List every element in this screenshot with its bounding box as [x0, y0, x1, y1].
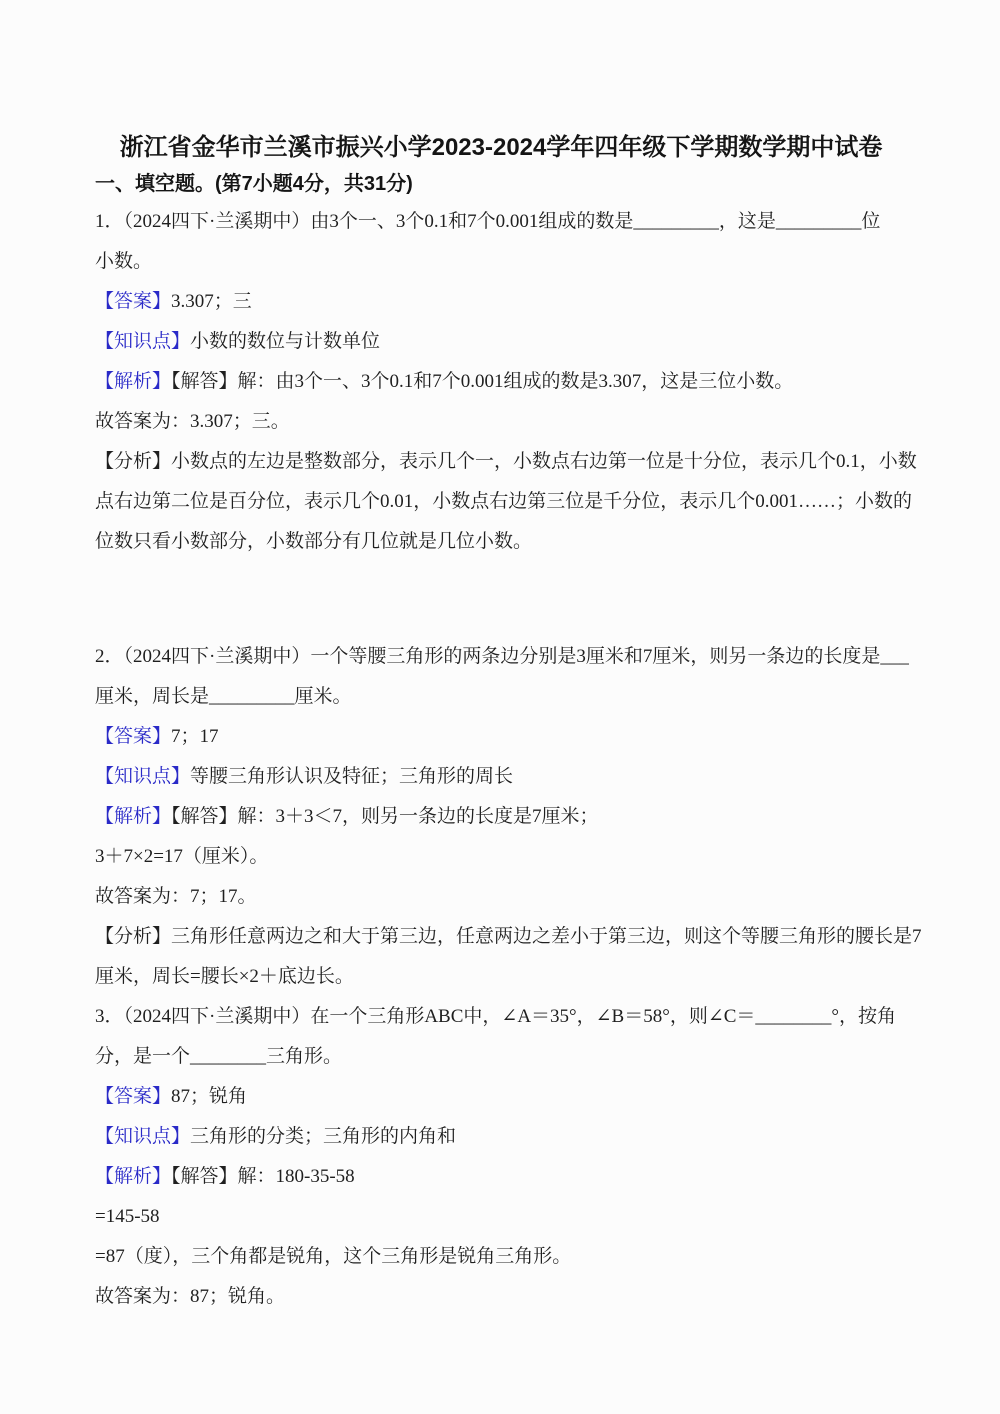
text-segment: 【解答】解：由3个一、3个0.1和7个0.001组成的数是3.307，这是三位小… [171, 371, 793, 392]
q2-analysis-line: 【解析】【解答】解：3＋3＜7，则另一条边的长度是7厘米； [95, 797, 907, 837]
q3-answer-line: 【答案】87；锐角 [95, 1077, 907, 1117]
text-segment: 三角形的分类；三角形的内角和 [190, 1126, 456, 1147]
bracket-label: 【答案】 [95, 1086, 171, 1107]
bracket-label: 【知识点】 [95, 1126, 190, 1147]
q2-answer-restate: 故答案为：7；17。 [95, 877, 907, 917]
text-segment: 小数。 [95, 251, 152, 272]
q1-discussion-line2: 点右边第二位是百分位，表示几个0.01，小数点右边第三位是千分位，表示几个0.0… [95, 482, 907, 522]
text-segment: =87（度），三个角都是锐角，这个三角形是锐角三角形。 [95, 1246, 571, 1267]
text-segment: 点右边第二位是百分位，表示几个0.01，小数点右边第三位是千分位，表示几个0.0… [95, 491, 912, 512]
q2-stem-line1: 2．（2024四下·兰溪期中）一个等腰三角形的两条边分别是3厘米和7厘米，则另一… [95, 637, 907, 677]
q2-discussion-line2: 厘米，周长=腰长×2＋底边长。 [95, 957, 907, 997]
q1-analysis-line: 【解析】【解答】解：由3个一、3个0.1和7个0.001组成的数是3.307，这… [95, 362, 907, 402]
q2-calculation-line: 3＋7×2=17（厘米）。 [95, 837, 907, 877]
q3-answer-restate: 故答案为：87；锐角。 [95, 1277, 907, 1317]
text-segment: 厘米，周长=腰长×2＋底边长。 [95, 966, 354, 987]
text-segment: 87；锐角 [171, 1086, 247, 1107]
text-segment: 等腰三角形认识及特征；三角形的周长 [190, 766, 513, 787]
text-segment: 7；17 [171, 726, 219, 747]
text-segment: 分，是一个________三角形。 [95, 1046, 342, 1067]
q1-discussion-line1: 【分析】小数点的左边是整数部分，表示几个一，小数点右边第一位是十分位，表示几个0… [95, 442, 907, 482]
q1-discussion-line3: 位数只看小数部分，小数部分有几位就是几位小数。 [95, 522, 907, 562]
q1-knowledge-line: 【知识点】小数的数位与计数单位 [95, 322, 907, 362]
bracket-label: 【解析】 [95, 806, 171, 827]
text-segment: 【分析】三角形任意两边之和大于第三边，任意两边之差小于第三边，则这个等腰三角形的… [95, 926, 922, 947]
q3-calculation-line2: =87（度），三个角都是锐角，这个三角形是锐角三角形。 [95, 1237, 907, 1277]
q3-stem-line2: 分，是一个________三角形。 [95, 1037, 907, 1077]
q2-stem-line2: 厘米，周长是_________厘米。 [95, 677, 907, 717]
exam-title: 浙江省金华市兰溪市振兴小学2023-2024学年四年级下学期数学期中试卷 [95, 130, 907, 166]
text-segment: 【解答】解：3＋3＜7，则另一条边的长度是7厘米； [171, 806, 599, 827]
text-segment: 3＋7×2=17（厘米）。 [95, 846, 268, 867]
section-heading-fill-in-blanks: 一、填空题。(第7小题4分，共31分) [95, 166, 907, 202]
q1-stem-line1: 1．（2024四下·兰溪期中）由3个一、3个0.1和7个0.001组成的数是__… [95, 202, 907, 242]
text-segment: 厘米，周长是_________厘米。 [95, 686, 352, 707]
bracket-label: 【答案】 [95, 726, 171, 747]
text-segment: 故答案为：7；17。 [95, 886, 257, 907]
text-segment: 故答案为：87；锐角。 [95, 1286, 285, 1307]
exam-document-page: 浙江省金华市兰溪市振兴小学2023-2024学年四年级下学期数学期中试卷 一、填… [0, 0, 1000, 1414]
bracket-label: 【知识点】 [95, 766, 190, 787]
text-segment: 小数的数位与计数单位 [190, 331, 380, 352]
q1-answer-restate: 故答案为：3.307；三。 [95, 402, 907, 442]
bracket-label: 【知识点】 [95, 331, 190, 352]
text-segment: 【解答】解：180-35-58 [171, 1166, 355, 1187]
document-body: 1．（2024四下·兰溪期中）由3个一、3个0.1和7个0.001组成的数是__… [95, 202, 907, 1317]
bracket-label: 【解析】 [95, 371, 171, 392]
text-segment: 1．（2024四下·兰溪期中）由3个一、3个0.1和7个0.001组成的数是__… [95, 211, 880, 232]
q1-stem-line2: 小数。 [95, 242, 907, 282]
q3-knowledge-line: 【知识点】三角形的分类；三角形的内角和 [95, 1117, 907, 1157]
text-segment: 2．（2024四下·兰溪期中）一个等腰三角形的两条边分别是3厘米和7厘米，则另一… [95, 646, 909, 667]
text-segment: 3．（2024四下·兰溪期中）在一个三角形ABC中，∠A＝35°，∠B＝58°，… [95, 1006, 896, 1027]
text-segment: =145-58 [95, 1206, 160, 1227]
q2-knowledge-line: 【知识点】等腰三角形认识及特征；三角形的周长 [95, 757, 907, 797]
q1-answer-line: 【答案】3.307；三 [95, 282, 907, 322]
text-segment: 3.307；三 [171, 291, 252, 312]
q2-answer-line: 【答案】7；17 [95, 717, 907, 757]
q3-analysis-line: 【解析】【解答】解：180-35-58 [95, 1157, 907, 1197]
text-segment: 位数只看小数部分，小数部分有几位就是几位小数。 [95, 531, 532, 552]
q3-calculation-line1: =145-58 [95, 1197, 907, 1237]
q3-stem-line1: 3．（2024四下·兰溪期中）在一个三角形ABC中，∠A＝35°，∠B＝58°，… [95, 997, 907, 1037]
paragraph-gap [95, 562, 907, 637]
text-segment: 故答案为：3.307；三。 [95, 411, 290, 432]
bracket-label: 【解析】 [95, 1166, 171, 1187]
q2-discussion-line1: 【分析】三角形任意两边之和大于第三边，任意两边之差小于第三边，则这个等腰三角形的… [95, 917, 907, 957]
text-segment: 【分析】小数点的左边是整数部分，表示几个一，小数点右边第一位是十分位，表示几个0… [95, 451, 917, 472]
bracket-label: 【答案】 [95, 291, 171, 312]
